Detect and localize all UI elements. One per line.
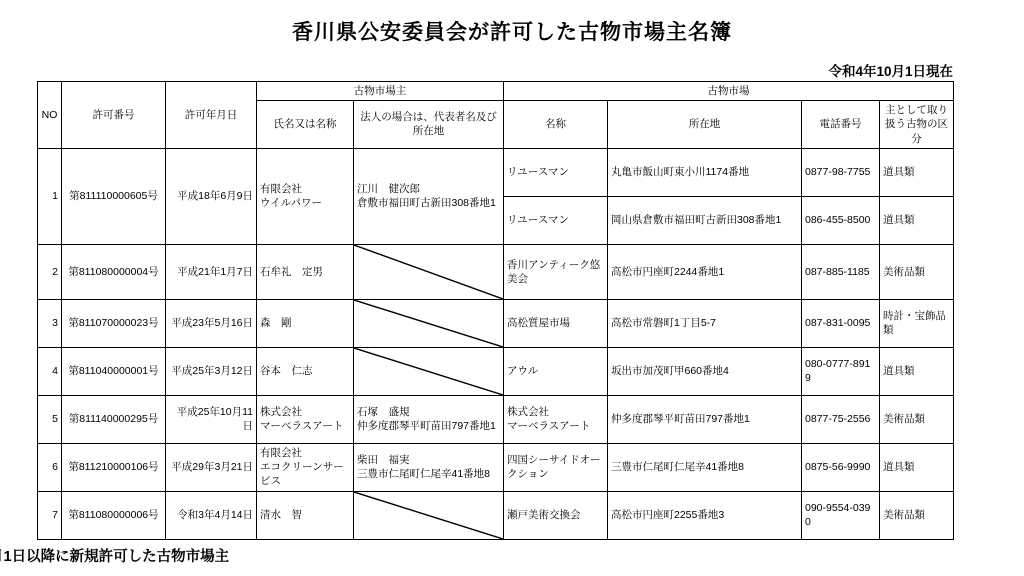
page-title: 香川県公安委員会が許可した古物市場主名簿 (0, 16, 1024, 46)
cell-market-name: リユースマン (504, 196, 608, 244)
header-permit-date: 許可年月日 (166, 82, 257, 149)
cell-permit-number: 第811140000295号 (62, 395, 166, 443)
header-market-category: 主として取り扱う古物の区分 (880, 101, 954, 149)
cell-permit-date: 平成21年1月7日 (166, 244, 257, 299)
cell-corporate-empty (354, 347, 504, 395)
cell-market-address: 坂出市加茂町甲660番地4 (608, 347, 802, 395)
document-page: 香川県公安委員会が許可した古物市場主名簿 令和4年10月1日現在 NO 許可番号… (0, 0, 1024, 576)
cell-permit-date: 平成25年10月11日 (166, 395, 257, 443)
cell-market-address: 仲多度郡琴平町苗田797番地1 (608, 395, 802, 443)
cell-market-address: 高松市円座町2244番地1 (608, 244, 802, 299)
cell-no: 3 (38, 299, 62, 347)
cell-corporate-empty (354, 491, 504, 539)
cell-market-phone: 086-455-8500 (802, 196, 880, 244)
cell-no: 6 (38, 443, 62, 491)
cell-market-address: 岡山県倉敷市福田町古新田308番地1 (608, 196, 802, 244)
cell-market-name: 香川アンティーク悠美会 (504, 244, 608, 299)
permit-holder-table: NO 許可番号 許可年月日 古物市場主 古物市場 氏名又は名称 法人の場合は、代… (37, 81, 954, 540)
cell-corporate: 江川 健次郎 倉敷市福田町古新田308番地1 (354, 148, 504, 244)
table-row: 4 第811040000001号 平成25年3月12日 谷本 仁志 アウル 坂出… (38, 347, 954, 395)
cell-corporate-empty (354, 299, 504, 347)
table-row: 3 第811070000023号 平成23年5月16日 森 剛 高松質屋市場 高… (38, 299, 954, 347)
cell-market-category: 道具類 (880, 148, 954, 196)
cell-permit-number: 第811070000023号 (62, 299, 166, 347)
header-market-name: 名称 (504, 101, 608, 149)
cell-market-category: 美術品類 (880, 395, 954, 443)
cell-permit-number: 第811040000001号 (62, 347, 166, 395)
cell-permit-number: 第811110000605号 (62, 148, 166, 244)
table-row: 5 第811140000295号 平成25年10月11日 株式会社 マーベラスア… (38, 395, 954, 443)
cell-name: 森 剛 (257, 299, 354, 347)
cell-market-name: 瀬戸美術交換会 (504, 491, 608, 539)
cell-name: 有限会社 エコクリーンサービス (257, 443, 354, 491)
cell-market-phone: 0875-56-9990 (802, 443, 880, 491)
table-row: 7 第811080000006号 令和3年4月14日 清水 智 瀬戸美術交換会 … (38, 491, 954, 539)
table-header-row: NO 許可番号 許可年月日 古物市場主 古物市場 (38, 82, 954, 101)
header-permit-number: 許可番号 (62, 82, 166, 149)
cell-corporate: 柴田 福実 三豊市仁尾町仁尾辛41番地8 (354, 443, 504, 491)
cell-market-name: リユースマン (504, 148, 608, 196)
diagonal-slash-icon (354, 492, 503, 539)
diagonal-slash-icon (354, 245, 503, 299)
header-market-address: 所在地 (608, 101, 802, 149)
table-row: 2 第811080000004号 平成21年1月7日 石牟礼 定男 香川アンティ… (38, 244, 954, 299)
header-corporate: 法人の場合は、代表者名及び所在地 (354, 101, 504, 149)
cell-market-phone: 0877-75-2556 (802, 395, 880, 443)
diagonal-slash-icon (354, 348, 503, 395)
cell-market-phone: 087-885-1185 (802, 244, 880, 299)
cell-permit-number: 第811080000004号 (62, 244, 166, 299)
cell-name: 清水 智 (257, 491, 354, 539)
cell-market-name: 株式会社 マーベラスアート (504, 395, 608, 443)
cell-market-category: 美術品類 (880, 244, 954, 299)
cell-market-address: 高松市円座町2255番地3 (608, 491, 802, 539)
cell-market-phone: 080-0777-8919 (802, 347, 880, 395)
cell-no: 2 (38, 244, 62, 299)
cell-market-phone: 090-9554-0390 (802, 491, 880, 539)
cell-name: 有限会社 ウイルパワー (257, 148, 354, 244)
cell-market-address: 高松市常磐町1丁目5-7 (608, 299, 802, 347)
cell-permit-number: 第811080000006号 (62, 491, 166, 539)
header-market-group: 古物市場 (504, 82, 954, 101)
diagonal-slash-icon (354, 300, 503, 347)
cell-no: 1 (38, 148, 62, 244)
cell-name: 谷本 仁志 (257, 347, 354, 395)
cell-market-phone: 087-831-0095 (802, 299, 880, 347)
header-dealer-group: 古物市場主 (257, 82, 504, 101)
header-market-phone: 電話番号 (802, 101, 880, 149)
cell-name: 株式会社 マーベラスアート (257, 395, 354, 443)
cell-permit-date: 令和3年4月14日 (166, 491, 257, 539)
as-of-date: 令和4年10月1日現在 (37, 60, 953, 80)
cell-market-category: 美術品類 (880, 491, 954, 539)
cell-market-category: 道具類 (880, 196, 954, 244)
cell-market-name: 四国シーサイドオークション (504, 443, 608, 491)
cell-market-category: 道具類 (880, 347, 954, 395)
cell-market-category: 時計・宝飾品類 (880, 299, 954, 347)
cell-name: 石牟礼 定男 (257, 244, 354, 299)
footer-note: 月1日以降に新規許可した古物市場主 (0, 545, 229, 566)
cell-permit-number: 第811210000106号 (62, 443, 166, 491)
cell-permit-date: 平成25年3月12日 (166, 347, 257, 395)
cell-market-phone: 0877-98-7755 (802, 148, 880, 196)
cell-market-address: 三豊市仁尾町仁尾辛41番地8 (608, 443, 802, 491)
cell-permit-date: 平成29年3月21日 (166, 443, 257, 491)
cell-corporate-empty (354, 244, 504, 299)
cell-corporate: 石塚 盛規 仲多度郡琴平町苗田797番地1 (354, 395, 504, 443)
header-no: NO (38, 82, 62, 149)
cell-no: 5 (38, 395, 62, 443)
cell-market-name: アウル (504, 347, 608, 395)
cell-market-address: 丸亀市飯山町東小川1174番地 (608, 148, 802, 196)
cell-market-name: 高松質屋市場 (504, 299, 608, 347)
cell-market-category: 道具類 (880, 443, 954, 491)
cell-permit-date: 平成18年6月9日 (166, 148, 257, 244)
cell-permit-date: 平成23年5月16日 (166, 299, 257, 347)
table-row: 1 第811110000605号 平成18年6月9日 有限会社 ウイルパワー 江… (38, 148, 954, 196)
header-name: 氏名又は名称 (257, 101, 354, 149)
cell-no: 4 (38, 347, 62, 395)
table-row: 6 第811210000106号 平成29年3月21日 有限会社 エコクリーンサ… (38, 443, 954, 491)
cell-no: 7 (38, 491, 62, 539)
